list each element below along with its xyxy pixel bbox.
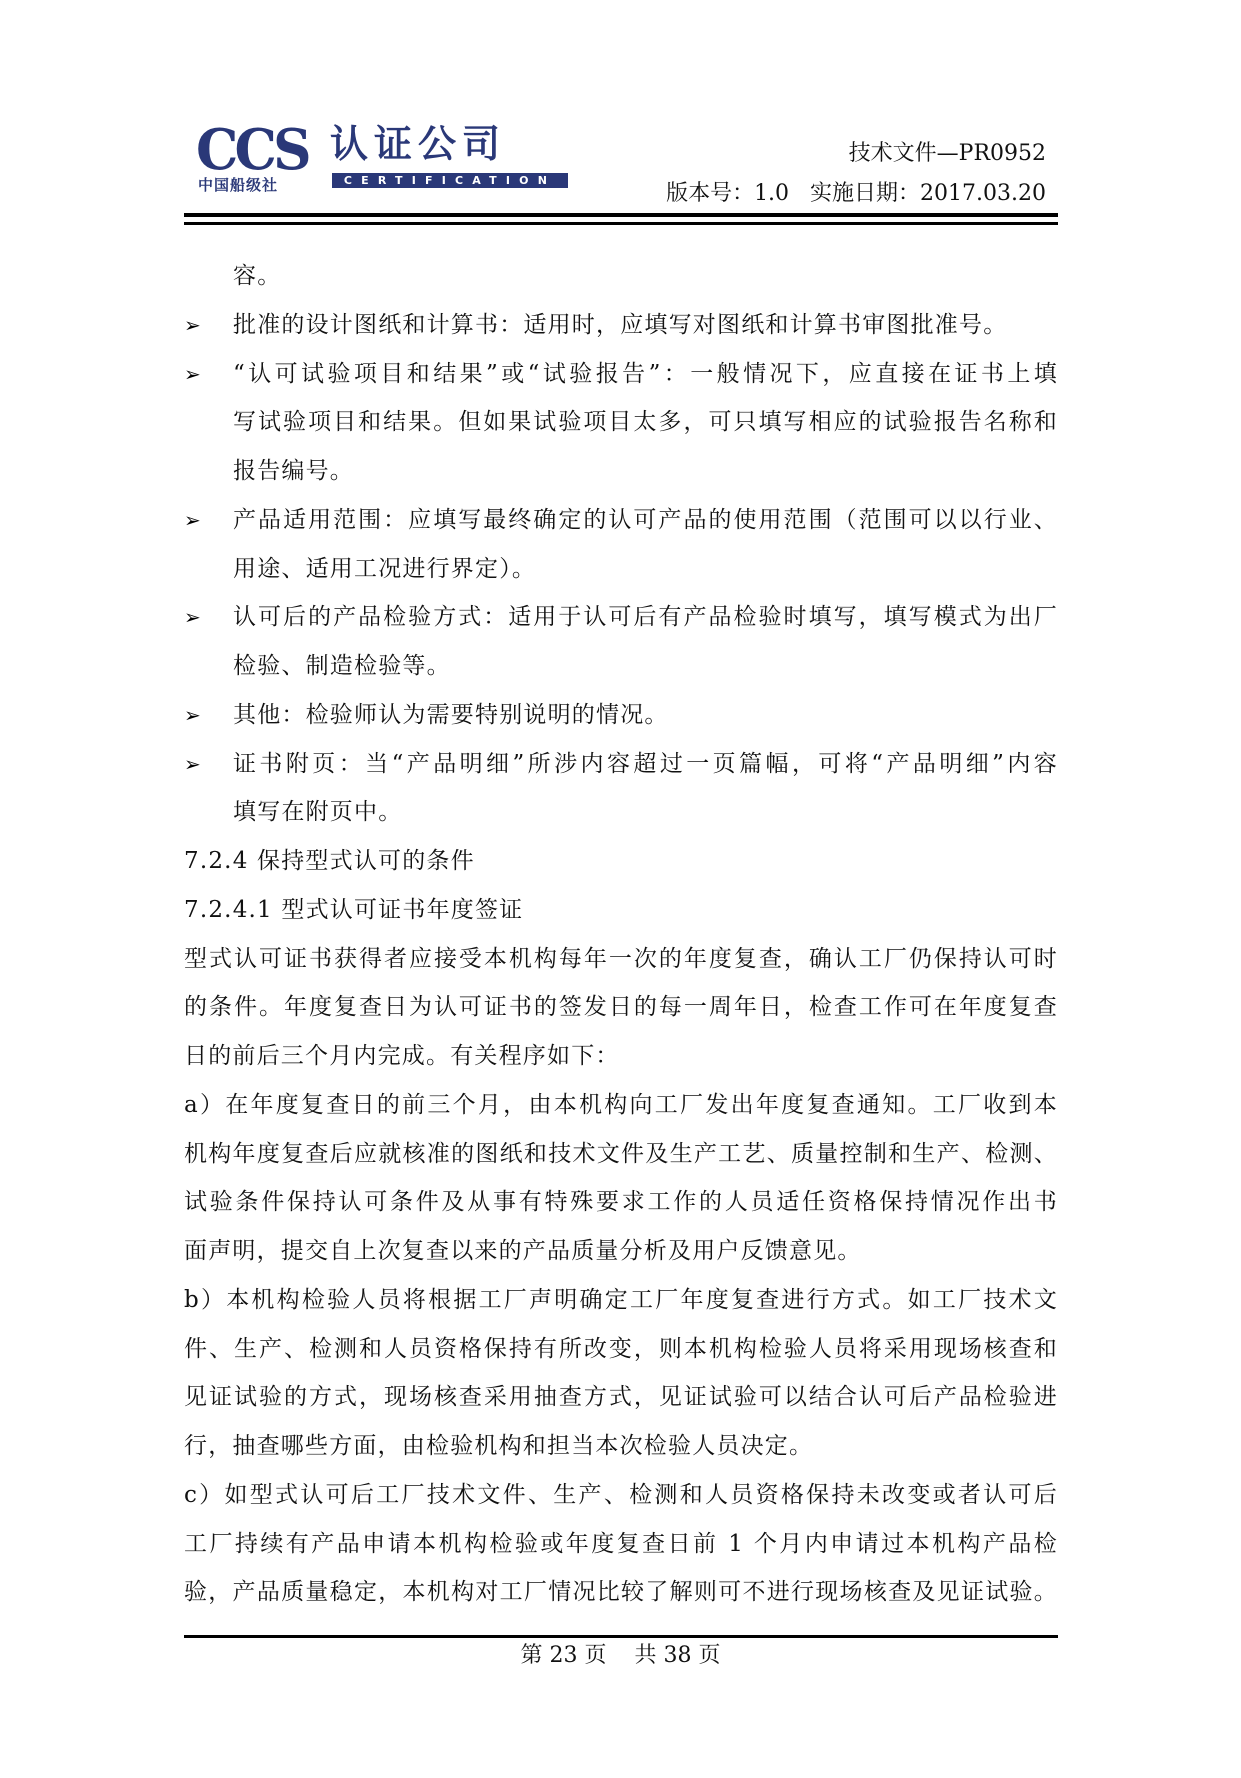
line-text: 其他：检验师认为需要特别说明的情况。 <box>233 702 669 728</box>
line-text: 7.2.4.1 型式认可证书年度签证 <box>184 897 523 923</box>
text-line: 行，抽查哪些方面，由检验机构和担当本次检验人员决定。 <box>184 1422 1058 1471</box>
text-line: a）在年度复查日的前三个月，由本机构向工厂发出年度复查通知。工厂收到本 <box>184 1081 1058 1130</box>
document-id: 技术文件—PR0952 <box>849 136 1046 167</box>
line-text: c）如型式认可后工厂技术文件、生产、检测和人员资格保持未改变或者认可后 <box>184 1471 1058 1520</box>
section-heading: 7.2.4 保持型式认可的条件 <box>184 837 1058 886</box>
text-line: b）本机构检验人员将根据工厂声明确定工厂年度复查进行方式。如工厂技术文 <box>184 1276 1058 1325</box>
line-text: b）本机构检验人员将根据工厂声明确定工厂年度复查进行方式。如工厂技术文 <box>184 1276 1058 1325</box>
line-text: 见证试验的方式，现场核查采用抽查方式，见证试验可以结合认可后产品检验进 <box>184 1373 1058 1422</box>
arrowhead-bullet-icon: ➢ <box>184 301 202 350</box>
page-number: 第 23 页 共 38 页 <box>0 1640 1241 1672</box>
logo-certification-bar: CERTIFICATION <box>332 173 568 188</box>
line-text: 试验条件保持认可条件及从事有特殊要求工作的人员适任资格保持情况作出书 <box>184 1178 1058 1227</box>
line-text: 机构年度复查后应就核准的图纸和技术文件及生产工艺、质量控制和生产、检测、 <box>184 1130 1058 1179</box>
bullet-item: ➢认可后的产品检验方式：适用于认可后有产品检验时填写，填写模式为出厂 <box>184 593 1058 642</box>
arrowhead-bullet-icon: ➢ <box>184 593 202 642</box>
document-page: CCS 中国船级社 认证公司 CERTIFICATION 技术文件—PR0952… <box>0 0 1241 1778</box>
text-line: 检验、制造检验等。 <box>184 642 1058 691</box>
text-line: 工厂持续有产品申请本机构检验或年度复查日前 1 个月内申请过本机构产品检 <box>184 1520 1058 1569</box>
arrowhead-bullet-icon: ➢ <box>184 740 202 789</box>
text-line: 见证试验的方式，现场核查采用抽查方式，见证试验可以结合认可后产品检验进 <box>184 1373 1058 1422</box>
text-line: 用途、适用工况进行界定）。 <box>184 545 1058 594</box>
line-text: 写试验项目和结果。但如果试验项目太多，可只填写相应的试验报告名称和 <box>233 398 1058 447</box>
text-line: 报告编号。 <box>184 447 1058 496</box>
bullet-item: ➢证书附页：当“产品明细”所涉内容超过一页篇幅，可将“产品明细”内容 <box>184 740 1058 789</box>
line-text: 检验、制造检验等。 <box>233 653 451 679</box>
line-text: 填写在附页中。 <box>233 799 402 825</box>
footer-rule <box>184 1635 1058 1638</box>
bullet-item: ➢批准的设计图纸和计算书：适用时，应填写对图纸和计算书审图批准号。 <box>184 301 1058 350</box>
header-rule-thick <box>184 213 1058 217</box>
text-line: 试验条件保持认可条件及从事有特殊要求工作的人员适任资格保持情况作出书 <box>184 1178 1058 1227</box>
body-text: 容。➢批准的设计图纸和计算书：适用时，应填写对图纸和计算书审图批准号。➢“认可试… <box>184 252 1058 1617</box>
text-line: 的条件。年度复查日为认可证书的签发日的每一周年日，检查工作可在年度复查 <box>184 983 1058 1032</box>
logo-ccs-letters: CCS <box>196 124 308 176</box>
line-text: a）在年度复查日的前三个月，由本机构向工厂发出年度复查通知。工厂收到本 <box>184 1081 1058 1130</box>
line-text: 工厂持续有产品申请本机构检验或年度复查日前 1 个月内申请过本机构产品检 <box>184 1520 1058 1569</box>
text-line: 机构年度复查后应就核准的图纸和技术文件及生产工艺、质量控制和生产、检测、 <box>184 1130 1058 1179</box>
text-line: 日的前后三个月内完成。有关程序如下： <box>184 1032 1058 1081</box>
logo-org-name: 中国船级社 <box>198 174 278 195</box>
text-line: 写试验项目和结果。但如果试验项目太多，可只填写相应的试验报告名称和 <box>184 398 1058 447</box>
ccs-certification-logo: CCS 中国船级社 认证公司 CERTIFICATION <box>196 122 571 192</box>
line-text: 日的前后三个月内完成。有关程序如下： <box>184 1043 620 1069</box>
line-text: 批准的设计图纸和计算书：适用时，应填写对图纸和计算书审图批准号。 <box>233 312 1007 338</box>
line-text: 验，产品质量稳定，本机构对工厂情况比较了解则可不进行现场核查及见证试验。 <box>184 1568 1058 1617</box>
text-line: 容。 <box>184 252 1058 301</box>
line-text: 的条件。年度复查日为认可证书的签发日的每一周年日，检查工作可在年度复查 <box>184 983 1058 1032</box>
text-line: 验，产品质量稳定，本机构对工厂情况比较了解则可不进行现场核查及见证试验。 <box>184 1568 1058 1617</box>
version-date-line: 版本号：1.0 实施日期：2017.03.20 <box>666 176 1046 207</box>
bullet-item: ➢“认可试验项目和结果”或“试验报告”：一般情况下，应直接在证书上填 <box>184 350 1058 399</box>
logo-company-name: 认证公司 <box>330 122 506 166</box>
text-line: c）如型式认可后工厂技术文件、生产、检测和人员资格保持未改变或者认可后 <box>184 1471 1058 1520</box>
line-text: 用途、适用工况进行界定）。 <box>233 556 536 582</box>
bullet-item: ➢其他：检验师认为需要特别说明的情况。 <box>184 691 1058 740</box>
arrowhead-bullet-icon: ➢ <box>184 691 202 740</box>
line-text: 行，抽查哪些方面，由检验机构和担当本次检验人员决定。 <box>184 1433 813 1459</box>
bullet-item: ➢产品适用范围：应填写最终确定的认可产品的使用范围（范围可以以行业、 <box>184 496 1058 545</box>
text-line: 面声明，提交自上次复查以来的产品质量分析及用户反馈意见。 <box>184 1227 1058 1276</box>
line-text: 报告编号。 <box>233 458 354 484</box>
line-text: 证书附页：当“产品明细”所涉内容超过一页篇幅，可将“产品明细”内容 <box>233 740 1058 789</box>
line-text: “认可试验项目和结果”或“试验报告”：一般情况下，应直接在证书上填 <box>233 350 1058 399</box>
line-text: 型式认可证书获得者应接受本机构每年一次的年度复查，确认工厂仍保持认可时 <box>184 935 1058 984</box>
text-line: 件、生产、检测和人员资格保持有所改变，则本机构检验人员将采用现场核查和 <box>184 1325 1058 1374</box>
section-heading: 7.2.4.1 型式认可证书年度签证 <box>184 886 1058 935</box>
line-text: 认可后的产品检验方式：适用于认可后有产品检验时填写，填写模式为出厂 <box>233 593 1058 642</box>
line-text: 面声明，提交自上次复查以来的产品质量分析及用户反馈意见。 <box>184 1238 862 1264</box>
line-text: 产品适用范围：应填写最终确定的认可产品的使用范围（范围可以以行业、 <box>233 496 1058 545</box>
line-text: 7.2.4 保持型式认可的条件 <box>184 848 475 874</box>
header-rule-thin <box>184 222 1058 225</box>
text-line: 填写在附页中。 <box>184 788 1058 837</box>
text-line: 型式认可证书获得者应接受本机构每年一次的年度复查，确认工厂仍保持认可时 <box>184 935 1058 984</box>
line-text: 件、生产、检测和人员资格保持有所改变，则本机构检验人员将采用现场核查和 <box>184 1325 1058 1374</box>
arrowhead-bullet-icon: ➢ <box>184 496 202 545</box>
arrowhead-bullet-icon: ➢ <box>184 350 202 399</box>
line-text: 容。 <box>233 263 281 289</box>
